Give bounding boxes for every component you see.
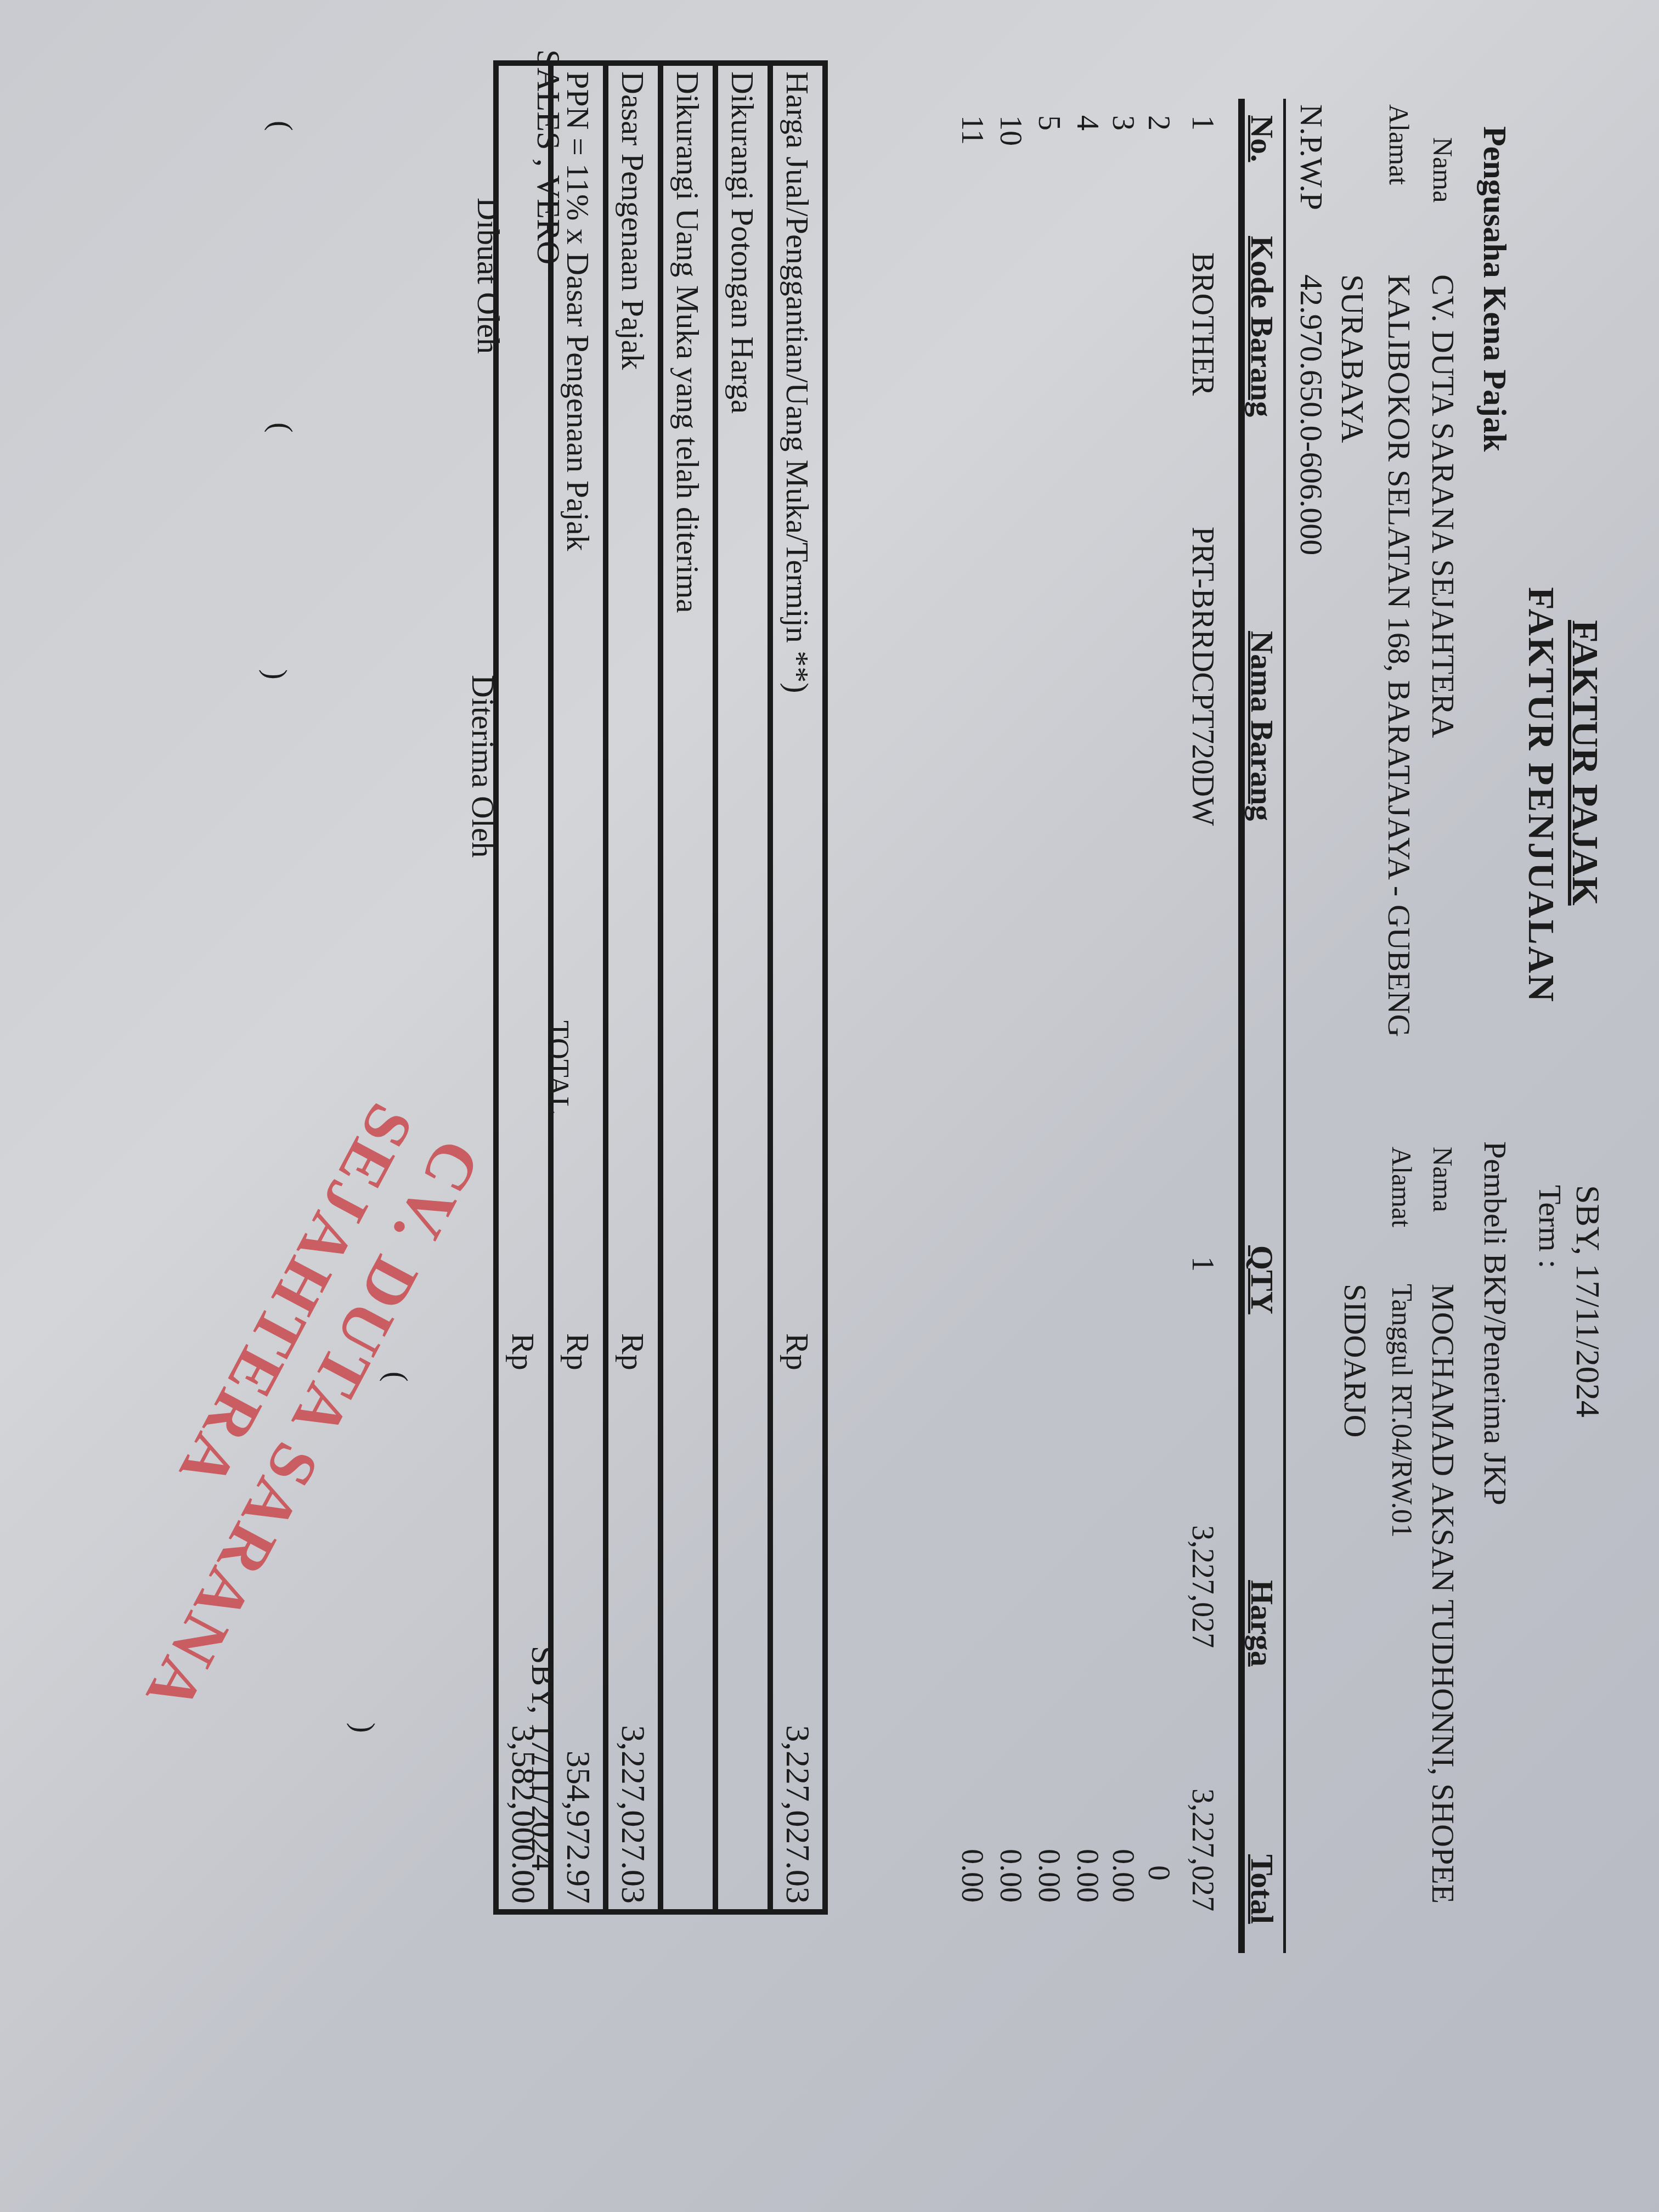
seller-address-line1: KALIBOKOR SELATAN 168, BARATAJAYA - GUBE… xyxy=(1381,274,1418,1037)
document-title: FAKTUR PAJAK xyxy=(1564,620,1607,906)
summary-row: Dikurangi Potongan Harga xyxy=(713,66,768,1909)
buyer-name: MOCHAMAD AKSAN TUDHONNI, SHOPEE xyxy=(1425,1284,1462,1904)
buyer-address-line1: Tanggul RT.04/RW.01 xyxy=(1385,1284,1418,1538)
created-by-paren-open: ( xyxy=(263,121,298,131)
summary-row: PPN = 11% x Dasar Pengenaan PajakRp354,9… xyxy=(548,66,603,1909)
currency-label: Rp xyxy=(615,1333,652,1443)
invoice-date: SBY, 17/11/2024 xyxy=(1568,1185,1607,1418)
row-number: 1 xyxy=(1185,115,1220,131)
buyer-heading: Pembeli BKP/Penerima JKP xyxy=(1477,1141,1514,1505)
item-total: 0.00 xyxy=(1070,1849,1105,1903)
currency-label: Rp xyxy=(780,1333,816,1443)
row-number: 2 xyxy=(1141,115,1176,131)
row-number: 3 xyxy=(1105,115,1141,131)
sign-paren-close: ) xyxy=(346,1723,381,1733)
buyer-address-label: Alamat xyxy=(1386,1147,1418,1227)
summary-row: Dasar Pengenaan PajakRp3,227,027.03 xyxy=(603,66,658,1909)
item-total: 0.00 xyxy=(1105,1849,1141,1903)
seller-address-label: Alamat xyxy=(1383,104,1415,185)
summary-amount: 354,972.97 xyxy=(559,1443,598,1909)
seller-name-label: Nama xyxy=(1427,137,1459,202)
currency-label: Rp xyxy=(505,1333,542,1443)
summary-box: Harga Jual/Penggantian/Uang Muka/Termijn… xyxy=(493,60,828,1915)
item-name: PRT-BRRDCPT720DW xyxy=(1185,527,1220,826)
seller-name: CV. DUTA SARANA SEJAHTERA xyxy=(1425,274,1462,738)
sales-person: SALES ; VERO xyxy=(529,49,567,264)
item-price: 3,227,027 xyxy=(1185,1525,1220,1648)
item-total: 3,227,027 xyxy=(1185,1788,1220,1911)
row-number: 11 xyxy=(955,115,990,145)
summary-row: Dikurangi Uang Muka yang telah diterima xyxy=(658,66,713,1909)
header-total: Total xyxy=(1244,1854,1280,1924)
table-top-rule xyxy=(1283,99,1286,1953)
item-total: 0.00 xyxy=(1031,1849,1066,1903)
sign-date: SBY, 17/11/2024 xyxy=(524,1646,562,1871)
row-number: 5 xyxy=(1031,115,1066,131)
header-qty: QTY xyxy=(1244,1245,1280,1314)
seller-address-line2: SURABAYA xyxy=(1334,274,1371,443)
seller-npwp: 42.970.650.0-606.000 xyxy=(1293,274,1330,555)
summary-row: Harga Jual/Penggantian/Uang Muka/Termijn… xyxy=(768,66,822,1909)
npwp-label: N.P.W.P xyxy=(1293,104,1330,210)
currency-label: Rp xyxy=(560,1333,597,1443)
item-total: 0.00 xyxy=(955,1849,990,1903)
row-number: 10 xyxy=(993,115,1028,146)
term-label: Term : xyxy=(1532,1185,1568,1268)
header-nama-barang: Nama Barang xyxy=(1244,631,1280,821)
item-qty: 1 xyxy=(1185,1256,1220,1272)
document-subtitle: FAKTUR PENJUALAN xyxy=(1520,587,1563,1003)
item-total: 0 xyxy=(1141,1865,1176,1881)
buyer-address-line2: SIDOARJO xyxy=(1337,1284,1374,1437)
created-by-label: Dibuat Oleh xyxy=(470,198,507,354)
header-kode-barang: Kode Barang xyxy=(1244,236,1280,417)
header-no: No. xyxy=(1244,115,1280,162)
summary-label: Dasar Pengenaan Pajak xyxy=(615,66,652,1333)
total-label: TOTAL xyxy=(541,1020,575,1115)
summary-amount: 3,227,027.03 xyxy=(778,1443,817,1909)
summary-label: Dikurangi Uang Muka yang telah diterima xyxy=(670,66,707,1333)
seller-heading: Pengusaha Kena Pajak xyxy=(1476,126,1514,452)
invoice-document: FAKTUR PAJAK FAKTUR PENJUALAN SBY, 17/11… xyxy=(145,44,1659,2129)
header-harga: Harga xyxy=(1244,1580,1280,1667)
summary-label: Dikurangi Potongan Harga xyxy=(725,66,761,1333)
received-by-paren-close: ) xyxy=(258,669,293,680)
item-code: BROTHER xyxy=(1185,252,1220,396)
company-stamp: CV. DUTA SARANA SEJAHTERA xyxy=(0,1092,496,2016)
buyer-name-label: Nama xyxy=(1427,1147,1459,1212)
row-number: 4 xyxy=(1070,115,1105,131)
summary-label: Harga Jual/Penggantian/Uang Muka/Termijn… xyxy=(780,66,816,1333)
summary-amount: 3,227,027.03 xyxy=(614,1443,653,1909)
received-by-label: Diterima Oleh xyxy=(465,675,501,857)
received-by-paren-open: ( xyxy=(263,422,298,433)
item-total: 0.00 xyxy=(993,1849,1028,1903)
